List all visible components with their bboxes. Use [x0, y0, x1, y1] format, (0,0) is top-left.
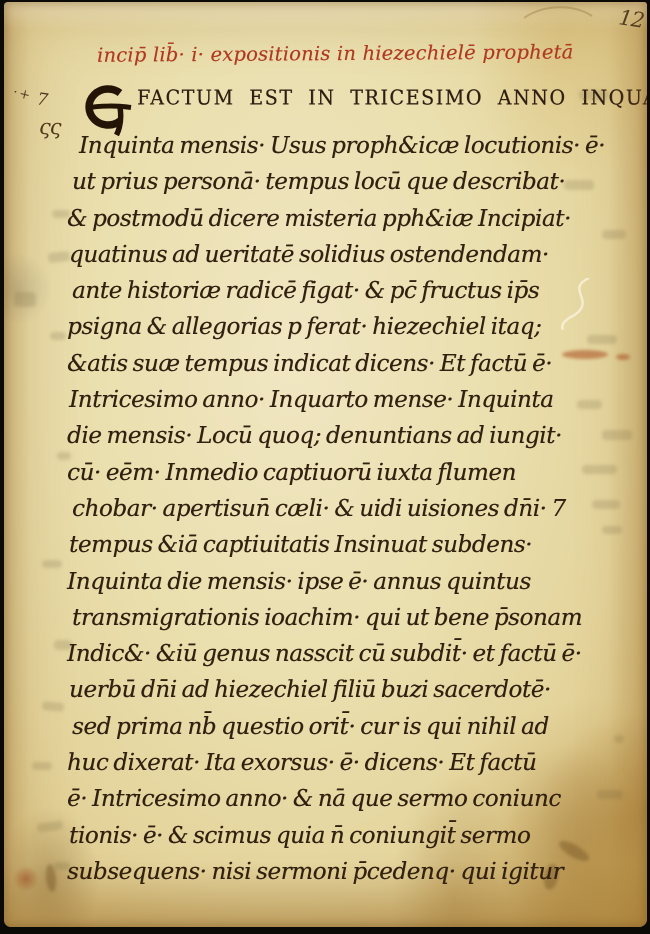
bleedthrough-mark: [42, 701, 65, 712]
bleedthrough-mark: [42, 560, 62, 568]
text-line: subsequens· nisi sermoni p̄cedenq· qui i…: [67, 855, 612, 891]
bleedthrough-mark: [614, 735, 624, 743]
bleedthrough-mark: [37, 820, 64, 833]
manuscript-photo: 12 incip̄ lib̄· i· expositionis in hieze…: [0, 0, 650, 934]
text-line: Inquinta mensis· Usus proph&icæ locution…: [79, 129, 612, 165]
margin-mark-cross: ·+: [11, 85, 33, 104]
text-line: &atis suæ tempus indicat dicens· Et fact…: [67, 347, 612, 383]
text-line: uerbū dn̄i ad hiezechiel filiū buzi sace…: [69, 673, 612, 709]
text-line: Indic&· &iū genus nasscit cū subdit̄· et…: [67, 637, 612, 673]
parchment-page: 12 incip̄ lib̄· i· expositionis in hieze…: [4, 2, 647, 927]
text-line: ut prius personā· tempus locū que descri…: [72, 165, 612, 201]
folio-number: 12: [617, 5, 645, 33]
text-line: chobar· apertisun̄ cæli· & uidi uisiones…: [72, 492, 612, 528]
text-line: die mensis· Locū quoq; denuntians ad iun…: [67, 419, 612, 455]
text-line: transmigrationis ioachim· qui ut bene p̄…: [72, 601, 612, 637]
text-line: cū· eēm· Inmedio captiuorū iuxta flumen: [67, 456, 612, 492]
parchment-crease: [524, 2, 594, 22]
bleedthrough-mark: [32, 762, 52, 770]
margin-mark-seven: 7: [36, 89, 50, 110]
opening-line-capitals: FACTUM EST IN TRICESIMO ANNO INQUARTO: [137, 86, 647, 110]
text-line: ē· Intricesimo anno· & nā que sermo coni…: [67, 782, 612, 818]
text-line: huc dixerat· Ita exorsus· ē· dicens· Et …: [67, 746, 612, 782]
rubric-incipit: incip̄ lib̄· i· expositionis in hiezechi…: [97, 40, 597, 66]
text-line: Intricesimo anno· Inquarto mense· Inquin…: [69, 383, 612, 419]
heading-trailing-dots: · ·: [582, 92, 595, 108]
text-block: Inquinta mensis· Usus proph&icæ locution…: [67, 129, 612, 891]
text-line: ante historiæ radicē figat· & pc̄ fructu…: [72, 274, 612, 310]
bleedthrough-mark: [50, 332, 66, 340]
text-line: Inquinta die mensis· ipse ē· annus quint…: [67, 565, 612, 601]
text-line: sed prima nb̄ questio orit̄· cur is qui …: [72, 710, 612, 746]
text-line: tempus &iā captiuitatis Insinuat subdens…: [69, 528, 612, 564]
bleedthrough-mark: [14, 292, 36, 307]
margin-quire-mark: ςς: [39, 115, 61, 139]
rust-stain: [616, 354, 630, 360]
text-line: & postmodū dicere misteria pph&iæ Incipi…: [67, 202, 612, 238]
ink-smudge: [45, 864, 58, 893]
text-line: psigna & allegorias p ferat· hiezechiel …: [67, 310, 612, 346]
text-line: quatinus ad ueritatē solidius ostendenda…: [69, 238, 612, 274]
text-line: tionis· ē· & scimus quia n̄ coniungit̄ s…: [69, 819, 612, 855]
